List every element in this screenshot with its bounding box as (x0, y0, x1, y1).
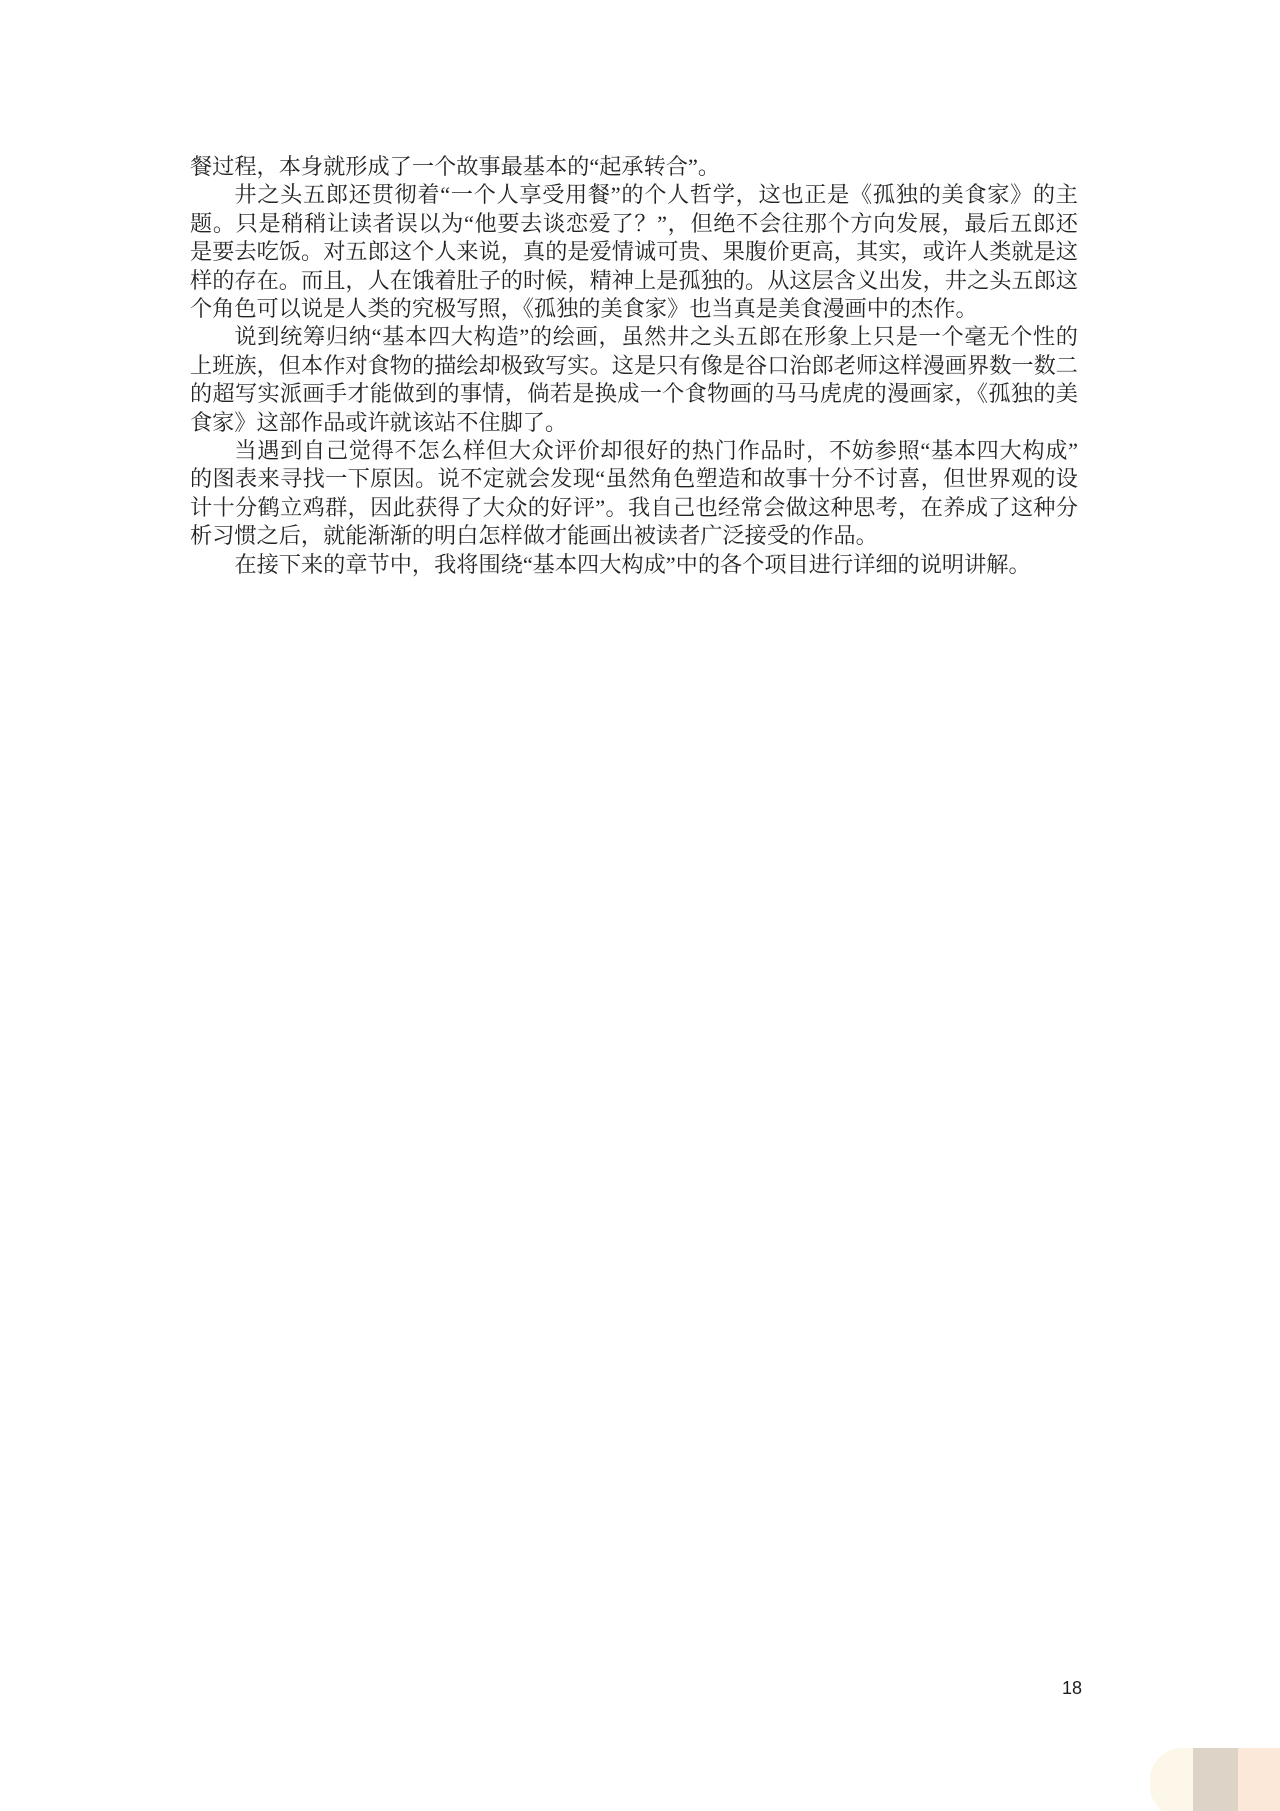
body-text-block: 餐过程，本身就形成了一个故事最基本的“起承转合”。井之头五郎还贯彻着“一个人享受… (190, 153, 1078, 579)
text-line: 题。只是稍稍让读者误以为“他要去谈恋爱了？”，但绝不会往那个方向发展，最后五郎还 (190, 210, 1078, 238)
text-line: 样的存在。而且，人在饿着肚子的时候，精神上是孤独的。从这层含义出发，井之头五郎这 (190, 267, 1078, 295)
text-line: 在接下来的章节中，我将围绕“基本四大构成”中的各个项目进行详细的说明讲解。 (190, 551, 1078, 579)
decoration-band-peach (1238, 1748, 1280, 1811)
decoration-band-tan (1193, 1748, 1238, 1811)
text-line: 的超写实派画手才能做到的事情，倘若是换成一个食物画的马马虎虎的漫画家，《孤独的美 (190, 380, 1078, 408)
paragraph: 餐过程，本身就形成了一个故事最基本的“起承转合”。 (190, 153, 1078, 181)
paragraph: 在接下来的章节中，我将围绕“基本四大构成”中的各个项目进行详细的说明讲解。 (190, 551, 1078, 579)
paragraph: 当遇到自己觉得不怎么样但大众评价却很好的热门作品时，不妨参照“基本四大构成”的图… (190, 437, 1078, 551)
page-number: 18 (1062, 1678, 1082, 1698)
text-line: 是要去吃饭。对五郎这个人来说，真的是爱情诚可贵、果腹价更高，其实，或许人类就是这 (190, 238, 1078, 266)
text-line: 上班族，但本作对食物的描绘却极致写实。这是只有像是谷口治郎老师这样漫画界数一数二 (190, 352, 1078, 380)
text-line: 计十分鹤立鸡群，因此获得了大众的好评”。我自己也经常会做这种思考，在养成了这种分 (190, 494, 1078, 522)
text-line: 析习惯之后，就能渐渐的明白怎样做才能画出被读者广泛接受的作品。 (190, 522, 1078, 550)
text-line: 说到统筹归纳“基本四大构造”的绘画，虽然井之头五郎在形象上只是一个毫无个性的 (190, 323, 1078, 351)
corner-decoration (1150, 1748, 1280, 1811)
text-line: 当遇到自己觉得不怎么样但大众评价却很好的热门作品时，不妨参照“基本四大构成” (190, 437, 1078, 465)
text-line: 餐过程，本身就形成了一个故事最基本的“起承转合”。 (190, 153, 1078, 181)
decoration-band-cream (1150, 1748, 1193, 1811)
text-line: 井之头五郎还贯彻着“一个人享受用餐”的个人哲学，这也正是《孤独的美食家》的主 (190, 181, 1078, 209)
paragraph: 说到统筹归纳“基本四大构造”的绘画，虽然井之头五郎在形象上只是一个毫无个性的上班… (190, 323, 1078, 437)
text-line: 的图表来寻找一下原因。说不定就会发现“虽然角色塑造和故事十分不讨喜，但世界观的设 (190, 465, 1078, 493)
document-page: 餐过程，本身就形成了一个故事最基本的“起承转合”。井之头五郎还贯彻着“一个人享受… (0, 0, 1280, 1811)
text-line: 个角色可以说是人类的究极写照，《孤独的美食家》也当真是美食漫画中的杰作。 (190, 295, 1078, 323)
paragraph: 井之头五郎还贯彻着“一个人享受用餐”的个人哲学，这也正是《孤独的美食家》的主题。… (190, 181, 1078, 323)
text-line: 食家》这部作品或许就该站不住脚了。 (190, 409, 1078, 437)
